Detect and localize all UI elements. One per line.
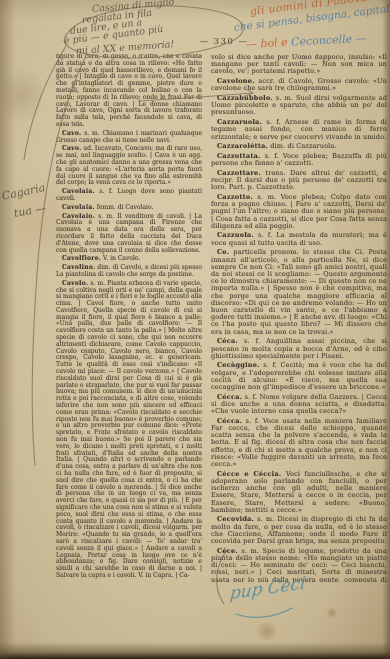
handwriting-blue-segment: Ceconcelle — — [291, 32, 367, 49]
dictionary-entry: Cavolino. dim. di Cavolo, e dicesi più s… — [56, 265, 202, 279]
dictionary-entry: volo si dice anche per Uomo dappoco, ins… — [211, 54, 387, 76]
dictionary-entry: Cavolaio. s. m. Il venditore di cavoli. … — [56, 214, 202, 255]
dictionary-entry: Cazzuola. s. f. La mestola da muratori; … — [211, 232, 387, 246]
dictionary-entry: Cazzottare. trans. Dare altrui de' cazzo… — [211, 170, 387, 192]
paper-stain — [2, 60, 42, 130]
entry-text: ad. Incavato, Concavo; ma di raro uso, s… — [56, 145, 202, 186]
entry-text: dim. di Cazzaruola. — [268, 142, 337, 150]
dictionary-entry: Cécca. s. f. Voce usata nella maniera fa… — [211, 418, 387, 468]
scanned-dictionary-page: — 330 — figure di cera, di gesso, o d'al… — [0, 0, 390, 659]
entry-headword: Cazzarolétta. — [217, 142, 268, 150]
handwritten-margin-note: Cagaria — [1, 181, 47, 203]
dictionary-entry: Cavolaia. femm. di Cavolaio. — [56, 205, 202, 212]
entry-headword: Cavolaia. — [62, 204, 95, 211]
dictionary-entry: Cécce e Céccia. Voci fanciullesche, e ch… — [211, 471, 387, 514]
entry-text: particella pronom. lo stesso che Ci. Pos… — [211, 248, 387, 335]
dictionary-entry: Céca. s. f. Anguillina assai piccina, ch… — [211, 338, 387, 360]
left-column: figure di cera, di gesso, o d'altro, che… — [56, 54, 202, 582]
dictionary-entry: Cecovida. s. m. Dicesi in dispregio di c… — [211, 516, 387, 545]
text-columns: figure di cera, di gesso, o d'altro, che… — [56, 54, 387, 582]
dictionary-entry: Cazzotto. s. m. Voce plebea; Colpo dato … — [211, 194, 387, 230]
handwritten-margin-note: tua — — [13, 201, 47, 219]
handwritten-note-header-line: — bol e Ceconcelle — — [246, 32, 367, 51]
dictionary-entry: Cazzarolétta. dim. di Cazzaruola. — [211, 143, 387, 150]
dictionary-entry: Cavolaia. s. f. Luogo dove sono piantati… — [56, 189, 202, 203]
paper-stain — [254, 622, 280, 640]
dictionary-entry: Cavo. ad. Incavato, Concavo; ma di raro … — [56, 146, 202, 187]
dictionary-entry: Cavolo. s. m. Pianta erbacea di varie sp… — [56, 281, 202, 580]
dictionary-entry: figure di cera, di gesso, o d'altro, che… — [56, 54, 202, 129]
entry-text: volo si dice anche per Uomo dappoco, ins… — [211, 54, 387, 75]
entry-text: s. f. Voce usata nella maniera familiare… — [211, 417, 387, 468]
entry-text: Voci fanciullesche, e che si adoperano s… — [211, 470, 387, 514]
dictionary-entry: Cazzottata. s. f. Voce plebea; Bazzuffa … — [211, 153, 387, 167]
page-number: — 330 — — [199, 37, 248, 47]
dictionary-entry: Ce. particella pronom. lo stesso che Ci.… — [211, 249, 387, 335]
entry-text: s. f. Anguillina assai piccina, che si p… — [211, 337, 387, 359]
right-column: volo si dice anche per Uomo dappoco, ins… — [211, 54, 387, 582]
handwriting-orange-segment: — bol e — [246, 36, 292, 51]
dictionary-entry: Cavo. s. m. Chiamano i marinari qualunqu… — [56, 131, 202, 145]
entry-text: s. m. Pianta erbacea di varie specie, ch… — [56, 280, 202, 579]
dictionary-entry: Cazzabubbolo. s. m. Suol dirsi volgarmen… — [211, 95, 387, 117]
dictionary-entry: Cecàggine. s. f. Cecità; ma è voce che h… — [211, 362, 387, 391]
dictionary-entry: Cazzaruola. s. f. Arnese di rame in form… — [211, 119, 387, 141]
paper-stain — [326, 608, 338, 618]
dictionary-entry: Cécca. s. f. Nome volgare della Gazzera.… — [211, 394, 387, 416]
dictionary-entry: Cavolone. accr. di Cavolo, Grosso cavolo… — [211, 78, 387, 92]
entry-text: V. in Cavolo. — [101, 255, 140, 262]
signature-flourish — [236, 608, 292, 617]
entry-headword: Cavolfiore. — [62, 255, 101, 262]
entry-text: femm. di Cavolaio. — [95, 204, 154, 211]
entry-text: figure di cera, di gesso, o d'altro, che… — [56, 54, 202, 128]
entry-text: s. m. Il venditore di cavoli. | La Cavol… — [56, 213, 202, 254]
dictionary-entry: Cavolfiore. V. in Cavolo. — [56, 256, 202, 263]
